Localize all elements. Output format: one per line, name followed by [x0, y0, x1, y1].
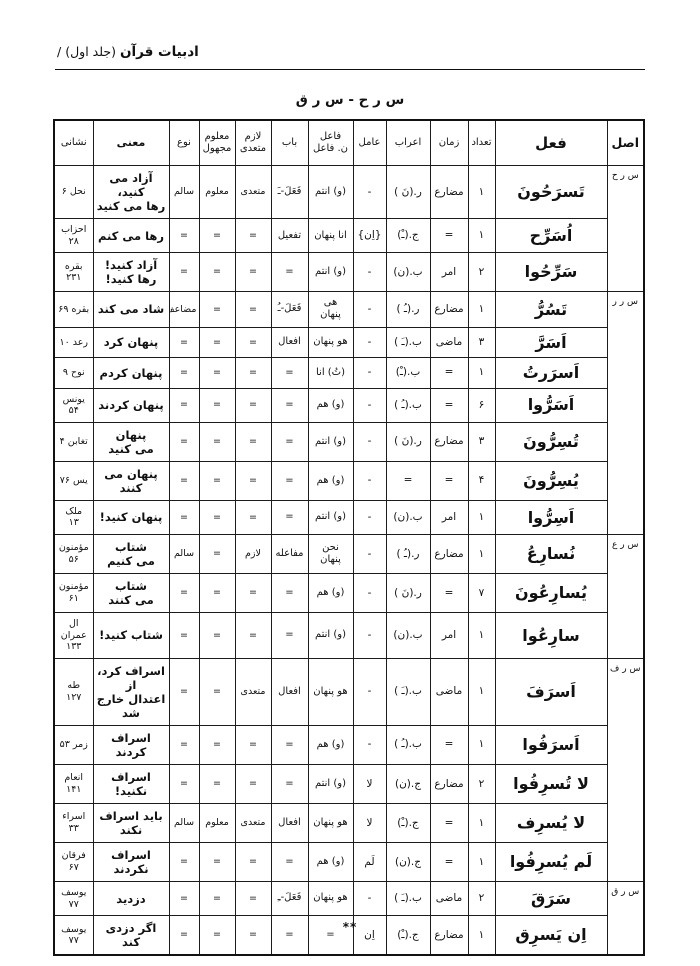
cell-verb: سَرَقَ: [495, 882, 607, 916]
cell-malum: =: [199, 764, 235, 803]
cell-fael: هی پنهان: [308, 292, 353, 327]
cell-malum: معلوم: [199, 803, 235, 842]
cell-address: مؤمنون ۶۱: [54, 574, 93, 613]
cell-fael: هو پنهان: [308, 882, 353, 916]
cell-verb: لا یُسرِف: [495, 803, 607, 842]
cell-tense: مضارع: [430, 422, 468, 461]
cell-lazem: =: [235, 388, 271, 422]
cell-verb: یُسارِعُونَ: [495, 574, 607, 613]
cell-irab: ب.(ن): [386, 253, 430, 292]
cell-lazem: =: [235, 613, 271, 659]
table-header-row: اصلفعلتعدادزماناعرابعاملفاعل ن. فاعلبابل…: [54, 120, 644, 166]
cell-malum: =: [199, 658, 235, 725]
cell-fael: هو پنهان: [308, 327, 353, 358]
cell-count: ۳: [468, 422, 495, 461]
cell-meaning: باید اسراف نکند: [93, 803, 169, 842]
cell-irab: ج.(ـْ): [386, 803, 430, 842]
cell-irab: ب.(ـُ ): [386, 388, 430, 422]
cell-amel: لا: [353, 803, 386, 842]
cell-irab: ر.(نَ ): [386, 574, 430, 613]
table-row: س ر رتَسُرُّ۱مضارعر.(ـُ )-هی پنهانفَعَلَ…: [54, 292, 644, 327]
table-title: س ر ح - س ر ق: [0, 92, 700, 108]
cell-bab: مفاعله: [271, 535, 308, 574]
cell-address: تغابن ۴: [54, 422, 93, 461]
cell-fael: (و) هم: [308, 388, 353, 422]
cell-type: =: [169, 327, 199, 358]
table-row: یُسِرُّونَ۴==-(و) هم====پنهان می کنندیس …: [54, 461, 644, 500]
cell-type: =: [169, 725, 199, 764]
cell-lazem: =: [235, 842, 271, 881]
cell-amel: -: [353, 461, 386, 500]
cell-fael: انا پنهان: [308, 219, 353, 253]
cell-bab: افعال: [271, 803, 308, 842]
col-header-fael: فاعل ن. فاعل: [308, 120, 353, 166]
cell-type: سالم: [169, 166, 199, 219]
cell-meaning: شاد می کند: [93, 292, 169, 327]
cell-bab: =: [271, 358, 308, 389]
cell-count: ۲: [468, 253, 495, 292]
cell-malum: =: [199, 358, 235, 389]
cell-malum: =: [199, 842, 235, 881]
cell-count: ۱: [468, 842, 495, 881]
cell-root: س ر ع: [607, 535, 644, 659]
cell-count: ۱: [468, 219, 495, 253]
cell-meaning: رها می کنم: [93, 219, 169, 253]
volume-label: (جلد اول): [65, 44, 116, 59]
cell-amel: -: [353, 253, 386, 292]
cell-lazem: =: [235, 764, 271, 803]
cell-malum: =: [199, 613, 235, 659]
cell-type: مضاعف: [169, 292, 199, 327]
cell-tense: مضارع: [430, 764, 468, 803]
cell-count: ۱: [468, 292, 495, 327]
cell-tense: =: [430, 358, 468, 389]
cell-lazem: =: [235, 358, 271, 389]
col-header-count: تعداد: [468, 120, 495, 166]
cell-meaning: اسراف کرد، از اعتدال خارج شد: [93, 658, 169, 725]
cell-tense: ماضی: [430, 658, 468, 725]
cell-malum: =: [199, 422, 235, 461]
cell-type: =: [169, 422, 199, 461]
table-row: یُسارِعُونَ۷=ر.(نَ )-(و) هم====شتاب می ک…: [54, 574, 644, 613]
cell-malum: =: [199, 292, 235, 327]
cell-malum: =: [199, 725, 235, 764]
col-header-tense: زمان: [430, 120, 468, 166]
cell-meaning: پنهان کردند: [93, 388, 169, 422]
cell-bab: فَعَلَ-ـِ: [271, 882, 308, 916]
cell-meaning: شتاب می کنند: [93, 574, 169, 613]
verb-conjugation-table: اصلفعلتعدادزماناعرابعاملفاعل ن. فاعلبابل…: [53, 119, 645, 956]
cell-address: یس ۷۶: [54, 461, 93, 500]
cell-count: ۱: [468, 358, 495, 389]
table-row: س ر فاَسرَفَ۱ماضیب.(ـَ )-هو پنهانافعالمت…: [54, 658, 644, 725]
cell-bab: =: [271, 574, 308, 613]
cell-malum: =: [199, 882, 235, 916]
cell-address: نوح ۹: [54, 358, 93, 389]
cell-fael: (و) هم: [308, 842, 353, 881]
cell-verb: سارِعُوا: [495, 613, 607, 659]
cell-amel: -: [353, 535, 386, 574]
cell-verb: تَسُرُّ: [495, 292, 607, 327]
col-header-verb: فعل: [495, 120, 607, 166]
col-header-lazem: لازم متعدی: [235, 120, 271, 166]
cell-amel: -: [353, 882, 386, 916]
cell-address: فرقان ۶۷: [54, 842, 93, 881]
cell-meaning: اسراف نکنید!: [93, 764, 169, 803]
book-title: ادبیات قرآن: [120, 44, 199, 60]
cell-meaning: اسراف کردند: [93, 725, 169, 764]
cell-amel: -: [353, 327, 386, 358]
table-row: اَسرَرتُ۱=ب.(ـْ)-(تُ) انا====پنهان کردمن…: [54, 358, 644, 389]
table-row: س ر قسَرَقَ۲ماضیب.(ـَ )-هو پنهانفَعَلَ-ـ…: [54, 882, 644, 916]
cell-count: ۱: [468, 803, 495, 842]
cell-type: =: [169, 658, 199, 725]
cell-count: ۱: [468, 725, 495, 764]
cell-type: =: [169, 500, 199, 534]
cell-malum: =: [199, 219, 235, 253]
cell-count: ۱: [468, 613, 495, 659]
cell-address: یونس ۵۴: [54, 388, 93, 422]
cell-tense: امر: [430, 613, 468, 659]
cell-malum: =: [199, 500, 235, 534]
cell-bab: فَعَلَ-ـَ: [271, 166, 308, 219]
cell-verb: اَسَرَّ: [495, 327, 607, 358]
col-header-irab: اعراب: [386, 120, 430, 166]
cell-fael: (و) انتم: [308, 613, 353, 659]
cell-meaning: پنهان کردم: [93, 358, 169, 389]
cell-fael: (و) هم: [308, 461, 353, 500]
cell-irab: =: [386, 461, 430, 500]
cell-amel: -: [353, 658, 386, 725]
cell-irab: ر.(ـُ ): [386, 535, 430, 574]
cell-meaning: اسراف نکردند: [93, 842, 169, 881]
cell-bab: =: [271, 422, 308, 461]
cell-bab: =: [271, 500, 308, 534]
cell-meaning: شتاب کنید!: [93, 613, 169, 659]
cell-malum: =: [199, 574, 235, 613]
cell-address: احزاب ۲۸: [54, 219, 93, 253]
cell-verb: یُسِرُّونَ: [495, 461, 607, 500]
cell-count: ۱: [468, 658, 495, 725]
cell-tense: امر: [430, 500, 468, 534]
cell-address: ال عمران ۱۳۳: [54, 613, 93, 659]
cell-irab: ر.(ـُ ): [386, 292, 430, 327]
book-page: ادبیات قرآن (جلد اول) / س ر ح - س ر ق اص…: [0, 0, 700, 966]
cell-address: بقره ۶۹: [54, 292, 93, 327]
cell-fael: (و) انتم: [308, 166, 353, 219]
col-header-type: نوع: [169, 120, 199, 166]
col-header-meaning: معنی: [93, 120, 169, 166]
cell-amel: -: [353, 358, 386, 389]
cell-count: ۲: [468, 764, 495, 803]
cell-tense: =: [430, 574, 468, 613]
table-row: اُسَرِّح۱=ج.(ـْ){اِن}انا پنهانتفعیل===ره…: [54, 219, 644, 253]
cell-malum: =: [199, 535, 235, 574]
cell-type: =: [169, 613, 199, 659]
cell-amel: -: [353, 166, 386, 219]
cell-meaning: پنهان کنید!: [93, 500, 169, 534]
cell-lazem: متعدی: [235, 803, 271, 842]
cell-verb: اَسَرُّوا: [495, 388, 607, 422]
cell-verb: اَسرَرتُ: [495, 358, 607, 389]
table-row: لا یُسرِف۱=ج.(ـْ)لاهو پنهانافعالمتعدیمعل…: [54, 803, 644, 842]
cell-count: ۲: [468, 882, 495, 916]
cell-irab: ر.(نَ ): [386, 422, 430, 461]
page-number-slash: /: [57, 44, 61, 59]
header-rule: [55, 69, 645, 70]
cell-lazem: =: [235, 253, 271, 292]
cell-fael: (و) انتم: [308, 422, 353, 461]
cell-meaning: آزاد کنید! رها کنید!: [93, 253, 169, 292]
cell-tense: =: [430, 842, 468, 881]
cell-lazem: =: [235, 327, 271, 358]
col-header-bab: باب: [271, 120, 308, 166]
cell-meaning: دزدید: [93, 882, 169, 916]
cell-bab: =: [271, 725, 308, 764]
cell-address: رعد ۱۰: [54, 327, 93, 358]
table-row: سَرِّحُوا۲امرب.(ن)-(و) انتم====آزاد کنید…: [54, 253, 644, 292]
cell-verb: اَسرَفَ: [495, 658, 607, 725]
cell-amel: -: [353, 500, 386, 534]
cell-fael: (و) هم: [308, 725, 353, 764]
cell-count: ۷: [468, 574, 495, 613]
cell-type: =: [169, 219, 199, 253]
cell-lazem: =: [235, 422, 271, 461]
cell-bab: تفعیل: [271, 219, 308, 253]
cell-tense: مضارع: [430, 292, 468, 327]
table-row: سارِعُوا۱امرب.(ن)-(و) انتم====شتاب کنید!…: [54, 613, 644, 659]
cell-tense: ماضی: [430, 882, 468, 916]
col-header-amel: عامل: [353, 120, 386, 166]
table-row: اَسِرُّوا۱امرب.(ن)-(و) انتم====پنهان کنی…: [54, 500, 644, 534]
col-header-address: نشانی: [54, 120, 93, 166]
cell-bab: =: [271, 253, 308, 292]
cell-amel: {اِن}: [353, 219, 386, 253]
cell-address: انعام ۱۴۱: [54, 764, 93, 803]
cell-irab: ج.(ـْ): [386, 219, 430, 253]
cell-meaning: پنهان می کنید: [93, 422, 169, 461]
cell-amel: -: [353, 422, 386, 461]
cell-address: طه ۱۲۷: [54, 658, 93, 725]
cell-meaning: پنهان می کنند: [93, 461, 169, 500]
table-row: اَسَرُّوا۶=ب.(ـُ )-(و) هم====پنهان کردند…: [54, 388, 644, 422]
cell-type: =: [169, 358, 199, 389]
cell-tense: =: [430, 725, 468, 764]
cell-verb: اُسَرِّح: [495, 219, 607, 253]
cell-malum: =: [199, 327, 235, 358]
cell-verb: نُسارِعُ: [495, 535, 607, 574]
cell-tense: =: [430, 388, 468, 422]
running-head: ادبیات قرآن (جلد اول) /: [57, 44, 199, 60]
cell-root: س ر ق: [607, 882, 644, 956]
cell-fael: نحن پنهان: [308, 535, 353, 574]
cell-irab: ر.(نَ ): [386, 166, 430, 219]
cell-bab: =: [271, 388, 308, 422]
cell-type: =: [169, 764, 199, 803]
cell-fael: هو پنهان: [308, 803, 353, 842]
cell-address: مؤمنون ۵۶: [54, 535, 93, 574]
cell-amel: -: [353, 388, 386, 422]
cell-count: ۱: [468, 500, 495, 534]
cell-lazem: =: [235, 461, 271, 500]
cell-amel: لَم: [353, 842, 386, 881]
cell-amel: -: [353, 725, 386, 764]
cell-lazem: =: [235, 725, 271, 764]
cell-tense: ماضی: [430, 327, 468, 358]
cell-lazem: =: [235, 500, 271, 534]
cell-lazem: =: [235, 882, 271, 916]
cell-root: س ر ر: [607, 292, 644, 535]
cell-address: یوسف ۷۷: [54, 882, 93, 916]
cell-amel: -: [353, 292, 386, 327]
cell-fael: (و) انتم: [308, 764, 353, 803]
table-row: لَم یُسرِفُوا۱=ج.(ن)لَم(و) هم====اسراف ن…: [54, 842, 644, 881]
cell-bab: افعال: [271, 327, 308, 358]
cell-fael: (تُ) انا: [308, 358, 353, 389]
col-header-root: اصل: [607, 120, 644, 166]
table-row: اَسرَفُوا۱=ب.(ـُ )-(و) هم====اسراف کردند…: [54, 725, 644, 764]
table-row: س ر حتَسرَحُونَ۱مضارعر.(نَ )-(و) انتمفَع…: [54, 166, 644, 219]
cell-type: =: [169, 253, 199, 292]
cell-tense: مضارع: [430, 166, 468, 219]
cell-malum: =: [199, 388, 235, 422]
cell-verb: تُسِرُّونَ: [495, 422, 607, 461]
cell-irab: ب.(ـْ): [386, 358, 430, 389]
cell-tense: مضارع: [430, 535, 468, 574]
cell-irab: ب.(ن): [386, 500, 430, 534]
cell-root: س ر ف: [607, 658, 644, 881]
cell-tense: امر: [430, 253, 468, 292]
cell-fael: (و) هم: [308, 574, 353, 613]
cell-amel: -: [353, 574, 386, 613]
cell-count: ۱: [468, 535, 495, 574]
cell-type: =: [169, 461, 199, 500]
cell-meaning: شتاب می کنیم: [93, 535, 169, 574]
cell-tense: =: [430, 219, 468, 253]
cell-meaning: آزاد می کنید، رها می کنید: [93, 166, 169, 219]
cell-type: سالم: [169, 535, 199, 574]
cell-irab: ب.(ـَ ): [386, 658, 430, 725]
table-row: تُسِرُّونَ۳مضارعر.(نَ )-(و) انتم====پنها…: [54, 422, 644, 461]
cell-verb: لا تُسرِفُوا: [495, 764, 607, 803]
cell-address: بقره ۲۳۱: [54, 253, 93, 292]
table-row: س ر عنُسارِعُ۱مضارعر.(ـُ )-نحن پنهانمفاع…: [54, 535, 644, 574]
cell-type: =: [169, 574, 199, 613]
cell-type: =: [169, 388, 199, 422]
table-row: لا تُسرِفُوا۲مضارعج.(ن)لا(و) انتم====اسر…: [54, 764, 644, 803]
cell-address: اسراء ۳۳: [54, 803, 93, 842]
cell-verb: تَسرَحُونَ: [495, 166, 607, 219]
cell-irab: ب.(ـَ ): [386, 882, 430, 916]
cell-amel: -: [353, 613, 386, 659]
cell-fael: (و) انتم: [308, 253, 353, 292]
cell-bab: افعال: [271, 658, 308, 725]
cell-address: ملک ۱۳: [54, 500, 93, 534]
cell-type: =: [169, 842, 199, 881]
cell-lazem: لازم: [235, 535, 271, 574]
cell-bab: =: [271, 613, 308, 659]
cell-type: سالم: [169, 803, 199, 842]
cell-bab: =: [271, 764, 308, 803]
cell-irab: ب.(ن): [386, 613, 430, 659]
cell-tense: =: [430, 803, 468, 842]
cell-count: ۱: [468, 166, 495, 219]
cell-irab: ج.(ن): [386, 764, 430, 803]
cell-address: نحل ۶: [54, 166, 93, 219]
cell-lazem: متعدی: [235, 166, 271, 219]
cell-malum: =: [199, 461, 235, 500]
cell-malum: =: [199, 253, 235, 292]
footer-mark: **: [0, 920, 700, 934]
cell-type: =: [169, 882, 199, 916]
cell-root: س ر ح: [607, 166, 644, 292]
cell-irab: ب.(ـَ ): [386, 327, 430, 358]
cell-count: ۶: [468, 388, 495, 422]
cell-count: ۴: [468, 461, 495, 500]
cell-bab: =: [271, 842, 308, 881]
cell-verb: اَسرَفُوا: [495, 725, 607, 764]
cell-verb: لَم یُسرِفُوا: [495, 842, 607, 881]
cell-bab: =: [271, 461, 308, 500]
cell-lazem: =: [235, 219, 271, 253]
cell-lazem: =: [235, 292, 271, 327]
cell-lazem: متعدی: [235, 658, 271, 725]
cell-meaning: پنهان کرد: [93, 327, 169, 358]
cell-verb: اَسِرُّوا: [495, 500, 607, 534]
cell-irab: ج.(ن): [386, 842, 430, 881]
cell-count: ۳: [468, 327, 495, 358]
cell-tense: =: [430, 461, 468, 500]
cell-bab: فَعَلَ-ـُ: [271, 292, 308, 327]
cell-verb: سَرِّحُوا: [495, 253, 607, 292]
cell-malum: معلوم: [199, 166, 235, 219]
cell-irab: ب.(ـُ ): [386, 725, 430, 764]
cell-lazem: =: [235, 574, 271, 613]
table-row: اَسَرَّ۳ماضیب.(ـَ )-هو پنهانافعال===پنها…: [54, 327, 644, 358]
cell-amel: لا: [353, 764, 386, 803]
col-header-malum: معلوم مجهول: [199, 120, 235, 166]
cell-fael: هو پنهان: [308, 658, 353, 725]
cell-fael: (و) انتم: [308, 500, 353, 534]
cell-address: زمر ۵۳: [54, 725, 93, 764]
